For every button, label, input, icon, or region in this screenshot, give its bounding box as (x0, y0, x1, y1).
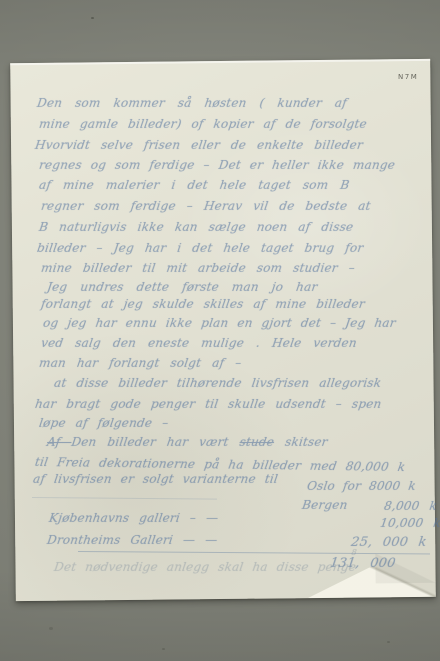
handwritten-line: til Freia dekorationerne på ha billeder … (34, 456, 406, 473)
handwritten-line: forlangt at jeg skulde skilles af mine b… (40, 298, 365, 310)
handwritten-line: Oslo for 8000 k (306, 480, 416, 492)
handwritten-line: at disse billeder tilhørende livsfrisen … (53, 377, 382, 389)
handwritten-line: 10,000 k (379, 517, 440, 529)
handwritten-line: og jeg har ennu ikke plan en gjort det –… (42, 317, 396, 329)
handwritten-line: regnes og som ferdige – Det er heller ik… (38, 159, 396, 171)
handwritten-line: har bragt gode penger til skulle udsendt… (34, 398, 382, 410)
handwritten-line: Det nødvendige anlegg skal ha disse peng… (53, 561, 357, 573)
handwritten-line: 25, 000 k (350, 536, 427, 549)
handwritten-rule (78, 551, 430, 554)
handwritten-line: ved salg den eneste mulige . Hele verden (40, 337, 357, 349)
archive-number: N7M (398, 73, 418, 81)
handwritten-line: B naturligvis ikke kan sælge noen af dis… (38, 221, 354, 233)
handwritten-line: Den som kommer så høsten ( kunder af (36, 97, 347, 109)
handwritten-line: Hvorvidt selve frisen eller de enkelte b… (34, 139, 363, 151)
handwritten-line: billeder – Jeg har i det hele taget brug… (36, 242, 364, 254)
handwritten-line: 8,000 k (383, 500, 438, 512)
handwritten-line: af mine malerier i det hele taget som B (38, 179, 350, 191)
handwritten-line: Bergen (301, 499, 348, 511)
scanned-letter-photo: N7M Den som kommer så høsten ( kunder af… (0, 0, 440, 661)
handwritten-line: regner som ferdige – Herav vil de bedste… (40, 200, 371, 212)
handwritten-line: mine gamle billeder) of kopier af de for… (38, 118, 367, 130)
handwritten-rule (32, 497, 217, 500)
handwritten-line: man har forlangt solgt af – (38, 357, 242, 369)
handwritten-line: Jeg undres dette første man jo har (46, 281, 318, 293)
handwritten-line: Kjøbenhavns galleri – — (48, 512, 219, 524)
dust-speck (91, 17, 94, 19)
handwritten-line: Af Den billeder har vært stude skitser (46, 436, 328, 448)
handwritten-line: af livsfrisen er solgt varianterne til (32, 473, 279, 485)
dust-speck (387, 641, 390, 643)
handwriting-layer: N7M Den som kommer så høsten ( kunder af… (0, 0, 440, 661)
handwritten-line: Drontheims Galleri — — (46, 534, 218, 546)
handwritten-line: mine billeder til mit arbeide som studie… (40, 262, 356, 274)
handwritten-line: løpe af følgende – (38, 417, 169, 429)
dust-speck (49, 627, 53, 630)
dust-speck (162, 648, 165, 650)
